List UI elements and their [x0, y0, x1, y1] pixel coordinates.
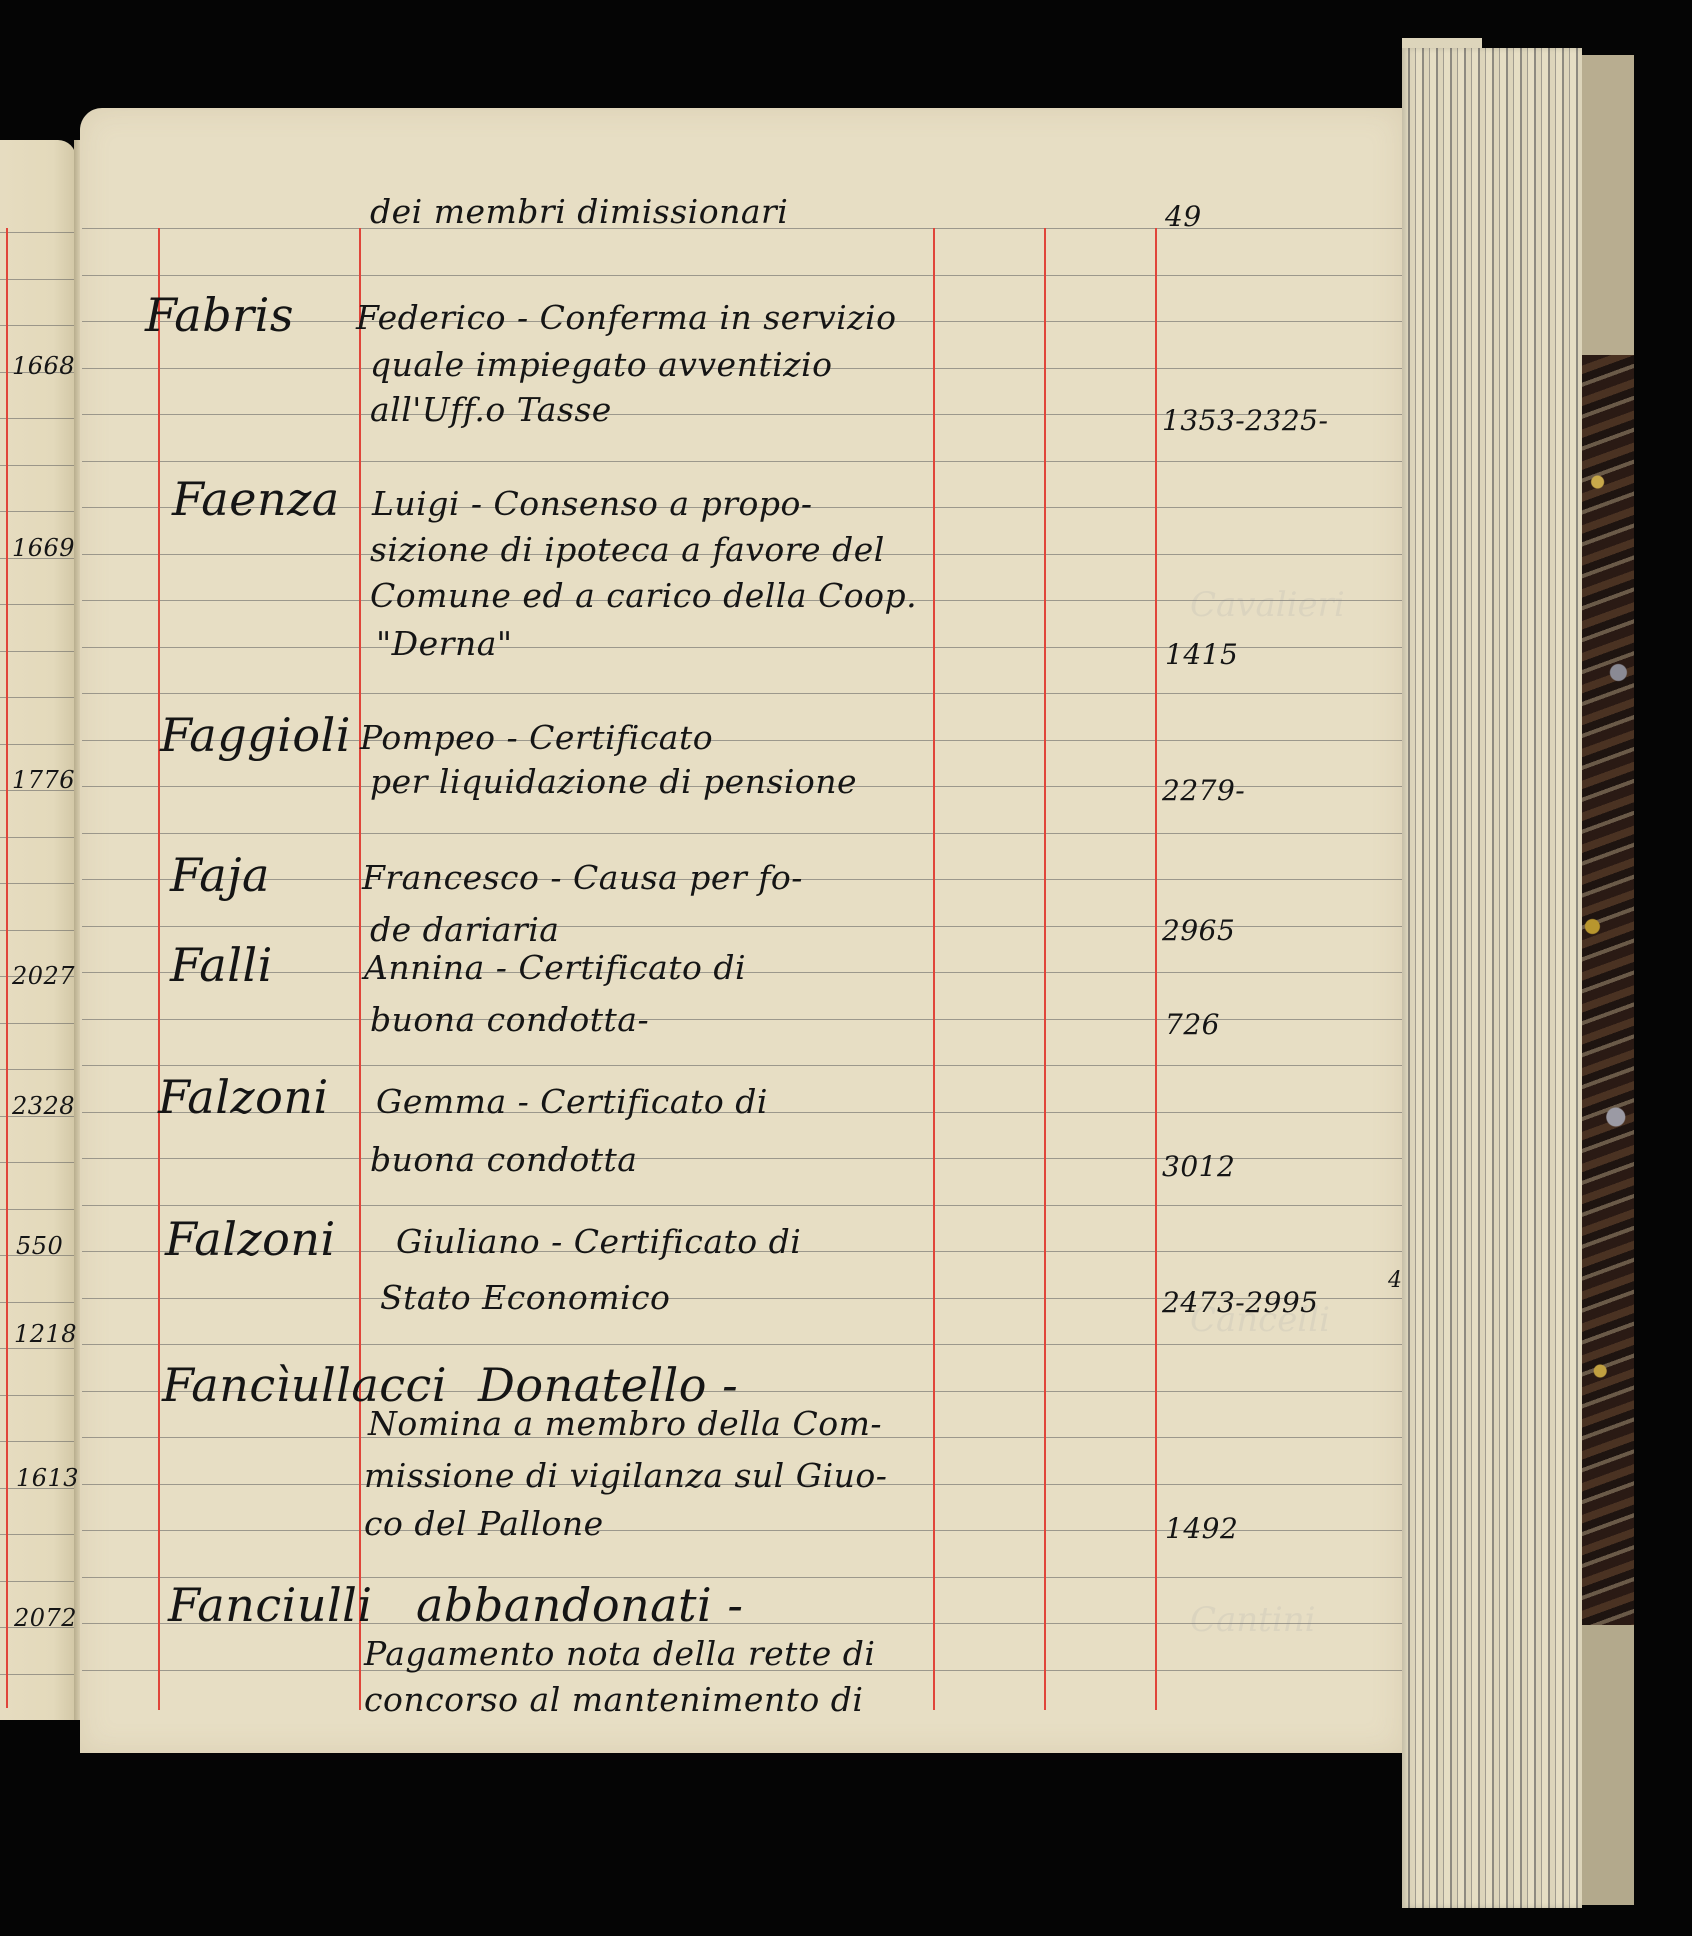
red-line-blank1-col — [933, 228, 935, 1710]
cover-cloth-bottom — [1582, 1625, 1634, 1905]
ruled-line-left-page — [0, 1441, 74, 1442]
ruled-line-left-page — [0, 744, 74, 745]
margin-mark: 4 — [1388, 1268, 1403, 1293]
entry-number: 2072 — [14, 1604, 77, 1632]
entry-line: "Derna" — [376, 624, 513, 663]
entry-line: Gemma - Certificato di — [376, 1082, 768, 1121]
entry-line: buona condotta — [370, 1140, 637, 1179]
ruled-line-left-page — [0, 1162, 74, 1163]
red-line-subject-col — [359, 228, 361, 1710]
entry-number: 1218 — [14, 1320, 77, 1348]
entry-line: all'Uff.o Tasse — [370, 390, 612, 429]
red-line-surname-col — [158, 228, 160, 1710]
marbled-cover — [1582, 355, 1634, 1625]
entry-number: 1613 — [16, 1464, 79, 1492]
ruled-line-left-page — [0, 511, 74, 512]
entry-line: Luigi - Consenso a propo- — [372, 484, 813, 523]
ruled-line — [82, 275, 1402, 276]
entry-line: co del Pallone — [364, 1504, 604, 1543]
ruled-line-left-page — [0, 232, 74, 233]
entry-line: abbandonati - — [416, 1578, 743, 1632]
ruled-line — [82, 1205, 1402, 1206]
ruled-line-left-page — [0, 930, 74, 931]
entry-ref: 2965 — [1162, 914, 1235, 947]
entry-number: 2027 — [12, 962, 75, 990]
entry-number: 1669 — [12, 534, 75, 562]
entry-surname: Faja — [170, 848, 270, 902]
entry-line: per liquidazione di pensione — [370, 762, 857, 801]
entry-surname: Falzoni — [165, 1212, 336, 1266]
ruled-line-left-page — [0, 1069, 74, 1070]
entry-line: Annina - Certificato di — [364, 948, 746, 987]
entry-line: concorso al mantenimento di — [364, 1680, 863, 1719]
ruled-line — [82, 461, 1402, 462]
entry-surname: Falzoni — [158, 1070, 329, 1124]
ruled-line — [82, 1344, 1402, 1345]
entry-line: de dariaria — [370, 910, 559, 949]
entry-surname: Faggioli — [160, 708, 351, 762]
carryover-ref: 49 — [1165, 200, 1202, 233]
entry-number: 1776 — [12, 766, 75, 794]
entry-ref: 1415 — [1165, 638, 1238, 671]
ruled-line-left-page — [0, 1674, 74, 1675]
entry-line: missione di vigilanza sul Giuo- — [364, 1456, 887, 1495]
entry-surname: Faenza — [172, 472, 340, 526]
ruled-line-left-page — [0, 883, 74, 884]
ruled-line — [82, 833, 1402, 834]
ruled-line-left-page — [0, 1209, 74, 1210]
carryover-text: dei membri dimissionari — [370, 192, 788, 231]
ruled-line-left-page — [0, 1581, 74, 1582]
ruled-line-left-page — [0, 651, 74, 652]
ruled-line — [82, 1065, 1402, 1066]
ruled-line-left-page — [0, 1395, 74, 1396]
entry-line: Pompeo - Certificato — [360, 718, 713, 757]
entry-surname: Fabris — [145, 288, 294, 342]
ruled-line-left-page — [0, 837, 74, 838]
red-line-blank2-col — [1044, 228, 1046, 1710]
entry-line: Pagamento nota della rette di — [364, 1634, 875, 1673]
ruled-line-left-page — [0, 604, 74, 605]
entry-line: Giuliano - Certificato di — [396, 1222, 801, 1261]
page-edges-stack — [1402, 48, 1582, 1908]
entry-ref: 2473-2995 — [1162, 1286, 1318, 1319]
entry-ref: 1353-2325- — [1162, 404, 1328, 437]
ruled-line-left-page — [0, 279, 74, 280]
entry-surname: Fanciulli — [168, 1578, 373, 1632]
entry-line: buona condotta- — [370, 1000, 649, 1039]
red-line-ref-col — [1155, 228, 1157, 1710]
ruled-line-left-page — [0, 325, 74, 326]
entry-line: Federico - Conferma in servizio — [356, 298, 896, 337]
entry-line: Comune ed a carico della Coop. — [370, 576, 917, 615]
entry-number: 550 — [16, 1232, 63, 1260]
entry-line: Stato Economico — [380, 1278, 670, 1317]
entry-number: 2328 — [12, 1092, 75, 1120]
entry-ref: 1492 — [1165, 1512, 1238, 1545]
entry-number: 1668 — [12, 352, 75, 380]
entry-line: sizione di ipoteca a favore del — [370, 530, 885, 569]
entry-ref: 726 — [1165, 1008, 1220, 1041]
entry-ref: 3012 — [1162, 1150, 1235, 1183]
entry-line: Francesco - Causa per fo- — [362, 858, 803, 897]
ruled-line-left-page — [0, 1302, 74, 1303]
ruled-line-left-page — [0, 1023, 74, 1024]
entry-ref: 2279- — [1162, 774, 1245, 807]
entry-surname: Falli — [170, 938, 273, 992]
ruled-line-left-page — [0, 465, 74, 466]
entry-line: quale impiegato avventizio — [370, 345, 832, 384]
red-line-left-page — [6, 228, 8, 1708]
entry-line: Nomina a membro della Com- — [368, 1404, 882, 1443]
ruled-line — [82, 693, 1402, 694]
ruled-line-left-page — [0, 1348, 74, 1349]
cover-cloth-top — [1582, 55, 1634, 355]
ruled-line-left-page — [0, 1534, 74, 1535]
ruled-line-left-page — [0, 697, 74, 698]
ruled-line-left-page — [0, 418, 74, 419]
